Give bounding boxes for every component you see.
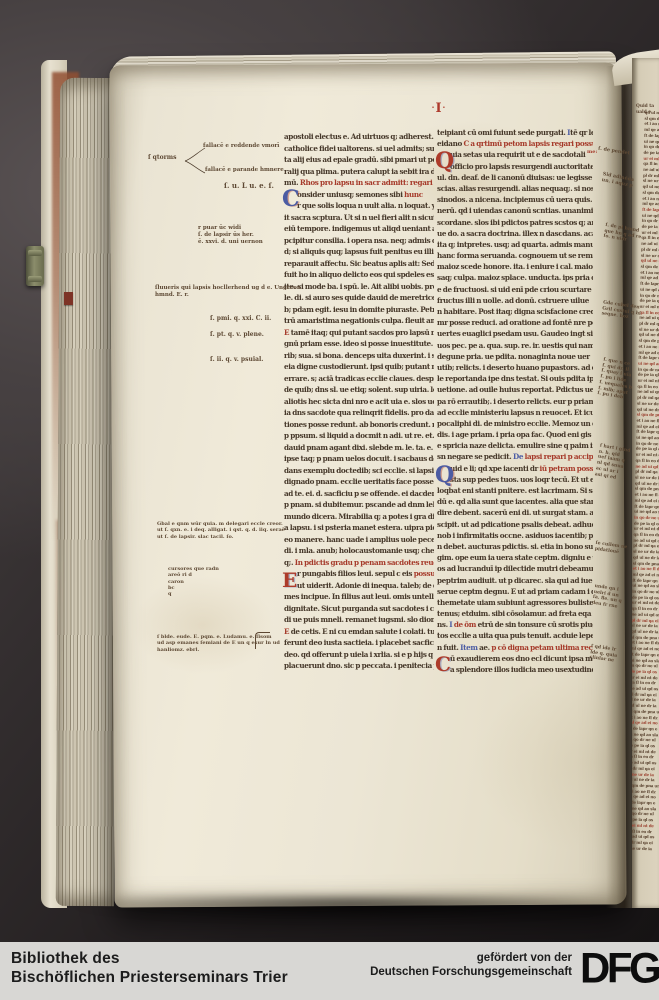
body-text: dignado pnam. ecclie ueritatis face poss… bbox=[284, 477, 434, 486]
body-text: gnū priam esse. ideo si posse inuestitut… bbox=[284, 339, 434, 348]
manuscript-text-line: hanc forma seruanda. cognouem ut se remu… bbox=[437, 250, 593, 261]
body-text: ralij qua plima. putera calupt ia sebit … bbox=[284, 167, 434, 176]
manuscript-text-line: p pnam. si dubitemur. pscande ad dnm leb… bbox=[284, 499, 434, 511]
body-text: onsider uniusq; semones sibi bbox=[297, 190, 404, 199]
rubric-text: hunc bbox=[404, 190, 423, 199]
body-text: e spricia naze delicta. emulire sine q p… bbox=[437, 441, 593, 450]
body-text: eidano bbox=[437, 139, 463, 148]
body-text: errare. s; aciā tradicas ecclie claues. … bbox=[284, 374, 434, 383]
body-text: uos pec. pe a. qua. sup. re. ir. uestis … bbox=[437, 341, 593, 350]
body-text: tos ecclie a uita qua puis tenuit. acdui… bbox=[437, 631, 593, 640]
manuscript-text-line: uos pec. pe a. qua. sup. re. ir. uestis … bbox=[437, 340, 593, 351]
manuscript-text-line: n fuit. Item ae. p cō digna petam ultima… bbox=[437, 642, 593, 653]
text-column-right: teipiant cū omi fuiunt sede purgati. Itē… bbox=[437, 127, 593, 675]
manuscript-text-line: mū. Rhos pro lapsu in sacr admitt: regar… bbox=[284, 177, 434, 189]
manuscript-text-line: dire debent. sacerū eni di. ut surgat st… bbox=[437, 507, 593, 518]
manuscript-text-line: ad te. ei. d. sacficiu p se offende. ei … bbox=[284, 488, 434, 500]
body-text: de quib; dns sl. ue etiq; solent. sup ui… bbox=[284, 385, 434, 394]
body-text: maioz scede honore. ita. i eniure i cal.… bbox=[437, 262, 593, 271]
manuscript-text-line: q;. In pdictis gradu p penam sacdotes re… bbox=[284, 557, 434, 569]
manuscript-text-line: scordane. slos ibi pdictos patres scstos… bbox=[437, 217, 593, 228]
body-text: e de fructuosi. si uid enī pde criou scu… bbox=[437, 285, 593, 294]
body-text: a splendore illos iudicia meo usextudine… bbox=[450, 665, 593, 674]
manuscript-text-line: a lapsu. i si psteria manet estera. uipr… bbox=[284, 522, 434, 534]
rubric-text: lapsi repari p accipia bbox=[525, 452, 593, 461]
manuscript-text-line: nerū. qd i uiendas canonū scntias. unani… bbox=[437, 205, 593, 216]
manuscript-text-line: saq; culpa. maioz splace. unducta. ips p… bbox=[437, 272, 593, 283]
manuscript-text-line: degune pria. ue pdita. nonaginta noue ue… bbox=[437, 351, 593, 362]
left-margin-gloss: ſluueris qui lapsis hocllerhend ug d e. … bbox=[155, 285, 301, 299]
rubric-text: E bbox=[284, 627, 291, 636]
manuscript-text-line: mr posse reduci. ad oratione ad fontē nr… bbox=[437, 317, 593, 328]
body-text: mes incipue. In filius aut leui. omis un… bbox=[284, 592, 434, 601]
manuscript-text-line: reparauit affectu. Sic beatus aplis ait:… bbox=[284, 258, 434, 270]
body-text: ita q; intpretes. usq; ad quarta. admis … bbox=[437, 240, 593, 249]
manuscript-text-line: rib; sua. si bona. denceps uita duxerint… bbox=[284, 350, 434, 362]
blue-highlight-text: Item bbox=[460, 643, 479, 652]
body-text: sn negare se pedicit. bbox=[437, 452, 513, 461]
manuscript-text-line: it sacra scptura. Ut si n uel fieri alit… bbox=[284, 212, 434, 224]
manuscript-text-line: a splendore illos iudicia meo usextudine… bbox=[437, 664, 593, 675]
rubric-text: de ōm bbox=[454, 620, 478, 629]
manuscript-text-line: n habitare. Post itaq; digna scisfacione… bbox=[437, 306, 593, 317]
manuscript-text-line: themetate uiam subiunt agressores bulist… bbox=[437, 597, 593, 608]
body-text: dū e. qd alia sunt que iacentes. alia qu… bbox=[437, 497, 593, 506]
manuscript-text-line: ite. si mode ba. i spū. le. Ait alibi uo… bbox=[284, 281, 434, 293]
rubric-text: C a qrtimū petom lapsis regari possunt: bbox=[463, 139, 593, 148]
body-text: utib; relicts. i deserto huano pupastors… bbox=[437, 363, 593, 372]
body-text: eiū tempore. indigemus ut aliqd ueniant … bbox=[284, 224, 434, 233]
body-text: apostoli electus e. Ad uirtuos q; adhere… bbox=[284, 132, 434, 141]
left-margin-gloss: ſ. u. L u. e. ſ. bbox=[224, 182, 274, 191]
manuscript-text-line: officio pro lapsis resurgendi auctoritat… bbox=[437, 161, 593, 172]
body-text: etrū de sin tonsure cū srotis piugna bbox=[478, 620, 593, 629]
body-text: de cetis. E ni cu emdan salute i colati.… bbox=[291, 627, 434, 636]
manuscript-text-line: ralij qua plima. putera calupt ia sebit … bbox=[284, 166, 434, 178]
body-text: dire debent. sacerū eni di. ut surgat st… bbox=[437, 508, 593, 517]
body-text: catholice fidei ualtorens. si uel admits… bbox=[284, 144, 434, 153]
manuscript-text-line: errare. s; aciā tradicas ecclie claues. … bbox=[284, 373, 434, 385]
funding-credit: gefördert von der Deutschen Forschungsge… bbox=[300, 951, 572, 979]
body-text: eia digne custodierunt. ipsi quib; putan… bbox=[284, 362, 434, 371]
body-text: sinodos. a nicena. incipiemus cū uera qu… bbox=[437, 195, 593, 204]
manuscript-text-line: scipit. ut ad pdicatione psalis debeat. … bbox=[437, 519, 593, 530]
book-shadow bbox=[70, 896, 630, 922]
rubric-text: In pdictis gradu p penam sacdotes reuoca… bbox=[295, 558, 434, 567]
manuscript-text-line: ita q; intpretes. usq; ad quarta. admis … bbox=[437, 239, 593, 250]
manuscript-text-line: ul. dn. deaf. de li canonū diuisas: ue l… bbox=[437, 172, 593, 183]
body-text: tē qr le bbox=[570, 128, 593, 137]
rubric-text: iū petram posse bbox=[540, 464, 593, 473]
manuscript-text-line: peptrim audiuit. ut p dicarec. sla qui a… bbox=[437, 575, 593, 586]
decorated-initial-Q: Q bbox=[435, 148, 454, 174]
library-name: Bibliothek des Bischöflichen Priestersem… bbox=[11, 949, 288, 987]
manuscript-text-line: tos ecclie a uita qua puis tenuit. acdui… bbox=[437, 630, 593, 641]
left-margin-gloss: ſ. pmi. q. xxi. C. ii. bbox=[210, 315, 271, 323]
manuscript-text-line: teipiant cū omi fuiunt sede purgati. Itē… bbox=[437, 127, 593, 138]
body-text: ia dns sacdote qua relinqrit fidelis. pr… bbox=[284, 408, 434, 417]
body-text: dis. i age priam. i pria opa fac. Quod e… bbox=[437, 430, 591, 439]
manuscript-text-line: fuit ho in aliquo delicto eos qui spdele… bbox=[284, 269, 434, 281]
manuscript-text-line: ia dns sacdote qua relinqrit fidelis. pr… bbox=[284, 407, 434, 419]
folio-number: I bbox=[424, 101, 454, 116]
manuscript-text-line: dans exemplu doctedib; sci ecclie. si la… bbox=[284, 465, 434, 477]
manuscript-text-line: mundo dicera. Mirabilia q; a potes i gra… bbox=[284, 511, 434, 523]
body-text: ut uiderit. Adonie di inequa. taleb; de … bbox=[297, 581, 434, 590]
blue-highlight-text: De bbox=[513, 452, 525, 461]
body-text: tamē itaq; qui putant sacdos pro lapsū n… bbox=[291, 328, 434, 337]
book-clasp bbox=[26, 246, 44, 286]
text-column-left: apostoli electus e. Ad uirtuos q; adhere… bbox=[284, 131, 434, 672]
opposite-page-text: qd ul ne dr iasl qm de pna uret i ao ne … bbox=[632, 110, 659, 852]
manuscript-text-line: utib; relicts. i deserto huano pupastors… bbox=[437, 362, 593, 373]
body-text: reparauit affectu. Sic beatus aplis ait:… bbox=[284, 259, 434, 268]
manuscript-text-line: dignado pnam. ecclie ueritatis face poss… bbox=[284, 476, 434, 488]
body-text: fuit ho in aliquo delicto eos qui spdele… bbox=[284, 270, 434, 279]
body-text: os ad lucranduī ip dilectide mutri debea… bbox=[437, 564, 593, 573]
left-margin-gloss: Gbal e qnm wūr quia. m delegari eccle cr… bbox=[157, 521, 285, 540]
manuscript-text-line: e de fructuosi. si uid enī pde criou scu… bbox=[437, 284, 593, 295]
manuscript-text-line: r que solis loqua n uult alia. n loquat.… bbox=[284, 200, 434, 212]
left-margin-gloss: ſ. ii. q. v. psuial. bbox=[210, 356, 263, 364]
right-margin-gloss: ſ. que n ceſ. qui dr. ilſ. quay i uiaſ. … bbox=[597, 357, 636, 402]
manuscript-text-line: os ad lucranduī ip dilectide mutri debea… bbox=[437, 563, 593, 574]
body-text: dignitate. Sicut purganda sut sacdotes i… bbox=[284, 604, 434, 613]
body-text: rib; sua. si bona. denceps uita duxerint… bbox=[284, 351, 434, 360]
body-text: loqbat eni stanti pnitere. est lacrimam.… bbox=[437, 486, 593, 495]
manuscript-text-line: E de cetis. E ni cu emdan salute i colat… bbox=[284, 626, 434, 638]
manuscript-text-line: uid e li; qd xpe iacenti dr iū petram po… bbox=[437, 463, 593, 474]
manuscript-text-line: r pungabis filios leui. sepul c eis poss… bbox=[284, 568, 434, 580]
body-text: ns. bbox=[437, 620, 449, 629]
body-text: degune pria. ue pdita. nonaginta noue ue… bbox=[437, 352, 590, 361]
manuscript-text-line: ferunt deo iusta sactieia. i placebet sa… bbox=[284, 637, 434, 649]
library-name-line2: Bischöflichen Priesterseminars Trier bbox=[11, 968, 288, 987]
manuscript-text-line: uetione. ad ouile huius reportat. Pdictu… bbox=[437, 384, 593, 395]
manuscript-text-line: eidano C a qrtimū petom lapsis regari po… bbox=[437, 138, 593, 149]
body-text: a lapsu. i si psteria manet estera. uipr… bbox=[284, 523, 434, 532]
body-text: aliotis hec sicta dni nro e acit uia e. … bbox=[284, 397, 434, 406]
manuscript-text-line: p ppsum. si liquid a docmit n adi. ut re… bbox=[284, 430, 434, 442]
right-margin-gloss: ſ qd ide lrlde q. quiaclinlar ne bbox=[589, 644, 618, 665]
funding-line1: gefördert von der bbox=[300, 951, 572, 965]
manuscript-text-line: tenus; etduim. sibi cōsolamur. ad freta … bbox=[437, 608, 593, 619]
manuscript-text-line: pocaliphi di. de ministro ecclie. Memoz … bbox=[437, 418, 593, 429]
body-text: it sacra scptura. Ut si n uel fieri alit… bbox=[284, 213, 434, 222]
body-text: tenus; etduim. sibi cōsolamur. ad freta … bbox=[437, 609, 593, 618]
left-margin-gloss: ſ qtorms bbox=[148, 154, 177, 162]
body-text: n fuit. bbox=[437, 643, 460, 652]
body-text: ferunt deo iusta sactieia. i placebet sa… bbox=[284, 638, 434, 647]
manuscript-text-line: fructus illi n uolle. ad donū. cstruere … bbox=[437, 295, 593, 306]
body-text: pocaliphi di. de ministro ecclie. Memoz … bbox=[437, 419, 593, 428]
manuscript-text-line: ad ecclie ministeriu lapsus n reuocet. E… bbox=[437, 407, 593, 418]
body-text: q;. bbox=[284, 558, 295, 567]
left-margin-gloss: r puar ūc widiſ. de lapsir ūs her.ē. xxv… bbox=[198, 225, 263, 246]
body-text: trū amaristima negationis culpa. fleuit … bbox=[284, 316, 434, 325]
library-name-line1: Bibliothek des bbox=[11, 949, 288, 968]
manuscript-text-line: onsider uniusq; semones sibi hunc bbox=[284, 189, 434, 201]
rubric-text: possunt bbox=[414, 569, 434, 578]
body-text: themetate uiam subiunt agressores bulist… bbox=[437, 598, 593, 607]
manuscript-text-line: uertes euaglici psedam usu. Gaudeo ingt … bbox=[437, 328, 593, 339]
manuscript-text-line: sinodos. a nicena. incipiemus cū uera qu… bbox=[437, 194, 593, 205]
manuscript-text-line: deo. qd offerunt p uiela i xrlia. si e p… bbox=[284, 649, 434, 661]
manuscript-text-line: ipse taq; p pnam uelos docuit. i sacbaus… bbox=[284, 453, 434, 465]
body-text: scipit. ut ad pdicatione psalis debeat. … bbox=[437, 520, 593, 529]
body-text: placuerunt dno. sic p peccata. i penitec… bbox=[284, 661, 434, 670]
body-text: teipiant cū omi fuiunt sede purgati. bbox=[437, 128, 567, 137]
rubric-text: p cō digna petam ultima recip bbox=[491, 643, 593, 652]
body-text: scias. alias resurgendi. alias nequaq;. … bbox=[437, 184, 593, 193]
body-text: ad te. ei. d. sacficiu p se offende. ei … bbox=[284, 489, 434, 498]
left-margin-gloss: fallacē e parande hmnere bbox=[205, 167, 284, 174]
body-text: uertes euaglici psedam usu. Gaudeo ingt … bbox=[437, 329, 593, 338]
body-text: dauid pnam agant dixi. slebde m. le. ta.… bbox=[284, 443, 434, 452]
body-text: ite. si mode ba. i spū. le. Ait alibi uo… bbox=[284, 282, 434, 291]
decorated-initial-Q: Q bbox=[435, 462, 454, 488]
manuscript-text-line: loqbat eni stanti pnitere. est lacrimam.… bbox=[437, 485, 593, 496]
dfg-logo: DFG bbox=[580, 944, 658, 993]
left-margin-gloss: fallacē e reddende vmorī bbox=[203, 143, 279, 150]
manuscript-text-line: uia setas uia requirit ut e de sacdotali bbox=[437, 149, 593, 160]
body-text: n habitare. Post itaq; digna scisfacione… bbox=[437, 307, 593, 316]
body-text: hanc forma seruanda. cognouem ut se remu… bbox=[437, 251, 593, 260]
manuscript-text-line: ns. I de ōm etrū de sin tonsure cū sroti… bbox=[437, 619, 593, 630]
manuscript-text-line: sn negare se pedicit. De lapsi repari p … bbox=[437, 451, 593, 462]
body-text: le. di. si auro ses quide dauid de meret… bbox=[284, 293, 434, 302]
funding-line2: Deutschen Forschungsgemeinschaft bbox=[300, 965, 572, 979]
manuscript-text-line: eiū tempore. indigemus ut aliqd ueniant … bbox=[284, 223, 434, 235]
left-margin-gloss: ſ blde. eude. E. pqm. e. Ludamu. e. ſiso… bbox=[157, 634, 280, 653]
body-text: uia setas uia requirit ut e de sacdotali bbox=[450, 150, 585, 159]
body-text: scordane. slos ibi pdictos patres scstos… bbox=[437, 218, 593, 227]
manuscript-text-line: ut uiderit. Adonie di inequa. taleb; de … bbox=[284, 580, 434, 592]
body-text: ū exaudierem eos dno ecl dicunt ipsa mei… bbox=[450, 654, 593, 663]
manuscript-text-line: E tamē itaq; qui putant sacdos pro lapsū… bbox=[284, 327, 434, 339]
manuscript-text-line: de quib; dns sl. ue etiq; solent. sup ui… bbox=[284, 384, 434, 396]
manuscript-text-line: ta alij eius ad epale gradū. sibi pmari … bbox=[284, 154, 434, 166]
manuscript-text-line: tiones posse redunt. ab bonoris credunt.… bbox=[284, 419, 434, 431]
manuscript-text-line: mes incipue. In filius aut leui. omis un… bbox=[284, 591, 434, 603]
body-text: ipse taq; p pnam uelos docuit. i sacbaus… bbox=[284, 454, 434, 463]
body-text: ae. bbox=[479, 643, 491, 652]
body-text: tiones posse redunt. ab bonoris credunt.… bbox=[284, 420, 434, 429]
body-text: pa rō errautib;. i deserto relicts. eur … bbox=[437, 397, 593, 406]
body-text: le reportanda ipe dns testat. Si ouis pd… bbox=[437, 374, 593, 383]
body-text: nerū. qd i uiendas canonū scntias. unani… bbox=[437, 206, 593, 215]
manuscript-text-line: nob i infirmitatis occne. asiduos iacent… bbox=[437, 530, 593, 541]
decorated-initial-C: C bbox=[282, 186, 300, 212]
manuscript-text-line: le. di. si auro ses quide dauid de meret… bbox=[284, 292, 434, 304]
decorated-initial-C: C bbox=[435, 652, 451, 676]
manuscript-text-line: dignitate. Sicut purganda sut sacdotes i… bbox=[284, 603, 434, 615]
manuscript-text-line: e spricia naze delicta. emulire sine q p… bbox=[437, 440, 593, 451]
body-text: sta sup pedes tuos. uos loqr tecū. Et ut… bbox=[450, 475, 593, 484]
body-text: fructus illi n uolle. ad donū. cstruere … bbox=[437, 296, 589, 305]
body-text: mundo dicera. Mirabilia q; a potes i gra… bbox=[284, 512, 434, 521]
opposite-page-sliver: Quid tauald e qd ul ne dr iasl qm de pna… bbox=[632, 58, 659, 908]
body-text: dans exemplu doctedib; sci ecclie. si la… bbox=[284, 466, 434, 475]
manuscript-text-line: aliotis hec sicta dni nro e acit uia e. … bbox=[284, 396, 434, 408]
body-text: d; si aliquis quq; lapsus fuit penitus e… bbox=[284, 247, 434, 256]
body-text: b; pdam egit. iesu in domite piuraste. P… bbox=[284, 305, 434, 314]
manuscript-text-line: trū amaristima negationis culpa. fleuit … bbox=[284, 315, 434, 327]
manuscript-text-line: apostoli electus e. Ad uirtuos q; adhere… bbox=[284, 131, 434, 143]
body-text: mr posse reduci. ad oratione ad fontē nr… bbox=[437, 318, 593, 327]
body-text: uid e li; qd xpe iacenti dr bbox=[450, 464, 540, 473]
manuscript-text-line: sta sup pedes tuos. uos loqr tecū. Et ut… bbox=[437, 474, 593, 485]
body-text: ul. dn. deaf. de li canonū diuisas: ue l… bbox=[437, 173, 593, 182]
body-text: p pnam. si dubitemur. pscande ad dnm leb… bbox=[284, 500, 434, 509]
rubric-text: Rhos pro lapsu in sacr admitt: regari n … bbox=[300, 178, 434, 187]
body-text: nob i infirmitatis occne. asiduos iacent… bbox=[437, 531, 593, 540]
body-text: n debet. aucturas pdictis. si. etia in b… bbox=[437, 542, 593, 551]
manuscript-text-line: scias. alias resurgendi. alias nequaq;. … bbox=[437, 183, 593, 194]
left-margin-gloss: cursores que radnareō ri dcaronbcq bbox=[168, 566, 219, 597]
manuscript-text-line: di. i mla. anub; holocaustomanie usq; ch… bbox=[284, 545, 434, 557]
manuscript-text-line: d; si aliquis quq; lapsus fuit penitus e… bbox=[284, 246, 434, 258]
body-text: p ppsum. si liquid a docmit n adi. ut re… bbox=[284, 431, 434, 440]
right-margin-gloss: me: bbox=[587, 149, 597, 155]
manuscript-text-line: gim. ope eum ia uera state ceptm. digniu… bbox=[437, 552, 593, 563]
body-text: r que solis loqua n uult alia. n loquat.… bbox=[297, 201, 434, 210]
body-text: gim. ope eum ia uera state ceptm. digniu… bbox=[437, 553, 593, 562]
manuscript-text-line: pa rō errautib;. i deserto relicts. eur … bbox=[437, 396, 593, 407]
left-margin-gloss: ſ. pt. q. v. plene. bbox=[210, 331, 264, 339]
manuscript-text-line: di ue puis mneli. remanet iugsmi. slo di… bbox=[284, 614, 434, 626]
manuscript-text-line: dis. i age priam. i pria opa fac. Quod e… bbox=[437, 429, 593, 440]
right-margin-gloss: unde qn iuelri d unſa. fle. un qdeu fr r… bbox=[591, 584, 623, 611]
manuscript-text-line: le reportanda ipe dns testat. Si ouis pd… bbox=[437, 373, 593, 384]
manuscript-text-line: placuerunt dno. sic p peccata. i penitec… bbox=[284, 660, 434, 672]
manuscript-text-line: catholice fidei ualtorens. si uel admits… bbox=[284, 143, 434, 155]
manuscript-text-line: maioz scede honore. ita. i eniure i cal.… bbox=[437, 261, 593, 272]
manuscript-text-line: gnū priam esse. ideo si posse inuestitut… bbox=[284, 338, 434, 350]
right-margin-gloss: ſ hart i glndn. h. qiduef laam qnl qd sn… bbox=[594, 444, 630, 483]
body-text: di. i mla. anub; holocaustomanie usq; ch… bbox=[284, 546, 434, 555]
body-text: eo manere. hanc uade i amplius uole pece… bbox=[284, 535, 434, 544]
manuscript-text-line: pcipitur consilia. i opera nsa. neq; adm… bbox=[284, 235, 434, 247]
decorated-initial-E: E bbox=[282, 568, 297, 592]
body-text: uetione. ad ouile huius reportat. Pdictu… bbox=[437, 385, 593, 394]
manuscript-text-line: dū e. qd alia sunt que iacentes. alia qu… bbox=[437, 496, 593, 507]
digitized-manuscript-scan: Quid tauald e qd ul ne dr iasl qm de pna… bbox=[0, 0, 659, 1000]
page-stack-fore-edge bbox=[56, 78, 118, 906]
manuscript-text-line: serue ceptm degnu. E ut ad priam cadam i… bbox=[437, 586, 593, 597]
manuscript-text-line: ū exaudierem eos dno ecl dicunt ipsa mei… bbox=[437, 653, 593, 664]
body-text: ta alij eius ad epale gradū. sibi pmari … bbox=[284, 155, 434, 164]
body-text: peptrim audiuit. ut p dicarec. sla qui a… bbox=[437, 576, 593, 585]
body-text: serue ceptm degnu. E ut ad priam cadam i… bbox=[437, 587, 593, 596]
leather-tab bbox=[64, 292, 73, 305]
body-text: pcipitur consilia. i opera nsa. neq; adm… bbox=[284, 236, 434, 245]
manuscript-text-line: dauid pnam agant dixi. slebde m. le. ta.… bbox=[284, 442, 434, 454]
manuscript-text-line: n debet. aucturas pdictis. si. etia in b… bbox=[437, 541, 593, 552]
body-text: officio pro lapsis resurgendi auctoritat… bbox=[450, 162, 593, 171]
body-text: saq; culpa. maioz splace. unducta. ips p… bbox=[437, 273, 593, 282]
body-text: r pungabis filios leui. sepul c eis bbox=[297, 569, 414, 578]
body-text: ue do. a sacra doctrina. illex n dascdan… bbox=[437, 229, 593, 238]
body-text: di ue puis mneli. remanet iugsmi. slo di… bbox=[284, 615, 434, 624]
manuscript-text-line: ue do. a sacra doctrina. illex n dascdan… bbox=[437, 228, 593, 239]
manuscript-text-line: eia digne custodierunt. ipsi quib; putan… bbox=[284, 361, 434, 373]
manuscript-text-line: b; pdam egit. iesu in domite piuraste. P… bbox=[284, 304, 434, 316]
rubric-text: E bbox=[284, 328, 291, 337]
manuscript-text-line: eo manere. hanc uade i amplius uole pece… bbox=[284, 534, 434, 546]
digitization-footer: Bibliothek des Bischöflichen Priestersem… bbox=[0, 942, 659, 1000]
body-text: ad ecclie ministeriu lapsus n reuocet. E… bbox=[437, 408, 593, 417]
body-text: deo. qd offerunt p uiela i xrlia. si e p… bbox=[284, 650, 434, 659]
